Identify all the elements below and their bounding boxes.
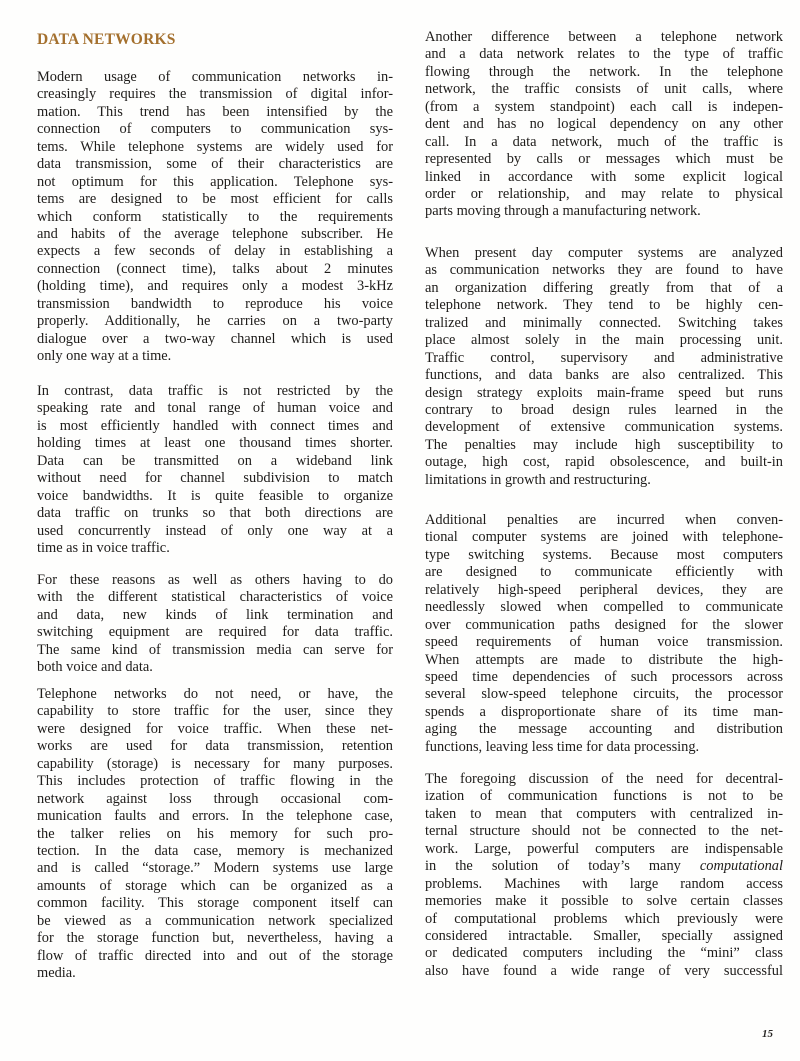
text-line: were designed for voice traffic. When th…	[37, 721, 393, 738]
text-line: of computational problems which previous…	[425, 911, 783, 928]
text-line: works are used for data transmission, re…	[37, 738, 393, 755]
text-line: transmission bandwidth to reproduce his …	[37, 296, 393, 313]
text-line: an organization differing greatly from t…	[425, 280, 783, 297]
text-line: speaking rate and tonal range of human v…	[37, 400, 393, 417]
text-line: Another difference between a telephone n…	[425, 29, 783, 46]
text-line: relatively high-speed peripheral devices…	[425, 582, 783, 599]
text-line: flow of traffic directed into and out of…	[37, 948, 393, 965]
text-line: speed time dependencies of such processo…	[425, 669, 783, 686]
text-line: only one way at a time.	[37, 348, 393, 365]
section-heading: DATA NETWORKS	[37, 31, 176, 49]
text-line: dialogue over a two-way channel which is…	[37, 331, 393, 348]
text-line: The same kind of transmission media can …	[37, 642, 393, 659]
text-line: which conform statistically to the requi…	[37, 209, 393, 226]
text-line: limitations in growth and restructuring.	[425, 472, 783, 489]
text-line: needlessly slowed when compelled to comm…	[425, 599, 783, 616]
text-line: memories make it possible to solve certa…	[425, 893, 783, 910]
text-line: work. Large, powerful computers are indi…	[425, 841, 783, 858]
document-page: DATA NETWORKS Modern usage of communicat…	[0, 0, 800, 1061]
text-line: time as in voice traffic.	[37, 540, 393, 557]
text-line: (from a system standpoint) each call is …	[425, 99, 783, 116]
text-line: functions, and data banks are also centr…	[425, 367, 783, 384]
paragraph: Telephone networks do not need, or have,…	[37, 686, 393, 982]
text-line: design strategy exploits main-frame spee…	[425, 385, 783, 402]
text-line: contrary to broad design rules learned i…	[425, 402, 783, 419]
text-line: problems. Machines with large random acc…	[425, 876, 783, 893]
text-line: parts moving through a manufacturing net…	[425, 203, 783, 220]
text-line: tional computer systems are joined with …	[425, 529, 783, 546]
text-line: This includes protection of traffic flow…	[37, 773, 393, 790]
text-line: ternal structure should not be connected…	[425, 823, 783, 840]
text-line: voice bandwidths. It is quite feasible t…	[37, 488, 393, 505]
text-line: Additional penalties are incurred when c…	[425, 512, 783, 529]
text-line: tems. While telephone systems are widely…	[37, 139, 393, 156]
text-line: flowing through the network. In the tele…	[425, 64, 783, 81]
text-line: ization of communication functions is no…	[425, 788, 783, 805]
text-line: in the solution of today’s many computat…	[425, 858, 783, 875]
text-line: holding times at least one thousand time…	[37, 435, 393, 452]
text-line: Telephone networks do not need, or have,…	[37, 686, 393, 703]
text-line: media.	[37, 965, 393, 982]
text-line: common facility. This storage component …	[37, 895, 393, 912]
text-line: aging the message accounting and distrib…	[425, 721, 783, 738]
text-line: network, the traffic consists of unit ca…	[425, 81, 783, 98]
text-line: network against loss through occasional …	[37, 791, 393, 808]
text-line: type switching systems. Because most com…	[425, 547, 783, 564]
text-line: functions, leaving less time for data pr…	[425, 739, 783, 756]
text-line: for the storage function but, neverthele…	[37, 930, 393, 947]
text-line: dent and has no logical dependency on an…	[425, 116, 783, 133]
text-line: (holding time), and requires only a mode…	[37, 278, 393, 295]
text-line: tection. In the data case, memory is mec…	[37, 843, 393, 860]
text-line: over communication paths designed for th…	[425, 617, 783, 634]
text-line: with the different statistical character…	[37, 589, 393, 606]
text-line: the talker relies on his memory for such…	[37, 826, 393, 843]
text-line: and data, new kinds of link termination …	[37, 607, 393, 624]
text-line: tems are designed to be most efficient f…	[37, 191, 393, 208]
text-line: and a data network relates to the type o…	[425, 46, 783, 63]
text-line: When attempts are made to distribute the…	[425, 652, 783, 669]
text-line: telephone network. They tend to be highl…	[425, 297, 783, 314]
text-line: not optimum for this application. Teleph…	[37, 174, 393, 191]
text-line: place almost solely in the main processi…	[425, 332, 783, 349]
paragraph: When present day computer systems are an…	[425, 245, 783, 489]
text-line: Data can be transmitted on a wideband li…	[37, 453, 393, 470]
paragraph: For these reasons as well as others havi…	[37, 572, 393, 677]
text-line: The penalties may include high susceptib…	[425, 437, 783, 454]
text-line: speed requirements of human voice transm…	[425, 634, 783, 651]
text-line: expects a few seconds of delay in establ…	[37, 243, 393, 260]
text-line: data transmission, some of their charact…	[37, 156, 393, 173]
text-line: connection (connect time), talks about 2…	[37, 261, 393, 278]
text-line: development of extensive communication s…	[425, 419, 783, 436]
text-line: For these reasons as well as others havi…	[37, 572, 393, 589]
text-line: and habits of the average telephone subs…	[37, 226, 393, 243]
text-line: represented by calls or messages which m…	[425, 151, 783, 168]
page-number: 15	[762, 1028, 773, 1040]
text-line: In contrast, data traffic is not restric…	[37, 383, 393, 400]
paragraph: Additional penalties are incurred when c…	[425, 512, 783, 756]
text-line: capability (storage) is necessary for ma…	[37, 756, 393, 773]
text-line: capability to store traffic for the user…	[37, 703, 393, 720]
text-line: both voice and data.	[37, 659, 393, 676]
text-line: The foregoing discussion of the need for…	[425, 771, 783, 788]
text-line: or dedicated computers including the “mi…	[425, 945, 783, 962]
text-line: When present day computer systems are an…	[425, 245, 783, 262]
text-line: order or relationship, and may relate to…	[425, 186, 783, 203]
text-line: Traffic control, supervisory and adminis…	[425, 350, 783, 367]
text-line: and is called “storage.” Modern systems …	[37, 860, 393, 877]
text-line: tralized and minimally connected. Switch…	[425, 315, 783, 332]
paragraph: In contrast, data traffic is not restric…	[37, 383, 393, 557]
text-line: as communication networks they are found…	[425, 262, 783, 279]
text-line: data traffic on trunks so that both dire…	[37, 505, 393, 522]
text-line: connection of computers to communication…	[37, 121, 393, 138]
paragraph: The foregoing discussion of the need for…	[425, 771, 783, 980]
text-line: used concurrently instead of only one wa…	[37, 523, 393, 540]
text-line: spends a disproportionate share of its t…	[425, 704, 783, 721]
text-line: mation. This trend has been intensified …	[37, 104, 393, 121]
text-line: are designed to communicate efficiently …	[425, 564, 783, 581]
text-line: linked in accordance with some explicit …	[425, 169, 783, 186]
text-line: taken to mean that computers with centra…	[425, 806, 783, 823]
text-line: munication faults and errors. In the tel…	[37, 808, 393, 825]
text-line: considered intractable. Smaller, special…	[425, 928, 783, 945]
text-line: call. In a data network, much of the tra…	[425, 134, 783, 151]
text-line: amounts of storage which can be organize…	[37, 878, 393, 895]
text-line: is most efficiently handled with connect…	[37, 418, 393, 435]
text-line: several slow-speed telephone circuits, t…	[425, 686, 783, 703]
text-line: be viewed as a communication network spe…	[37, 913, 393, 930]
text-line: also have found a wide range of very suc…	[425, 963, 783, 980]
paragraph: Modern usage of communication networks i…	[37, 69, 393, 365]
text-line: without need for channel subdivision to …	[37, 470, 393, 487]
text-line: outage, high cost, rapid obsolescence, a…	[425, 454, 783, 471]
emphasis: computational	[700, 858, 783, 874]
text-line: creasingly requires the transmission of …	[37, 86, 393, 103]
paragraph: Another difference between a telephone n…	[425, 29, 783, 221]
text-line: switching equipment are required for dat…	[37, 624, 393, 641]
text-line: properly. Additionally, he carries on a …	[37, 313, 393, 330]
text-line: Modern usage of communication networks i…	[37, 69, 393, 86]
